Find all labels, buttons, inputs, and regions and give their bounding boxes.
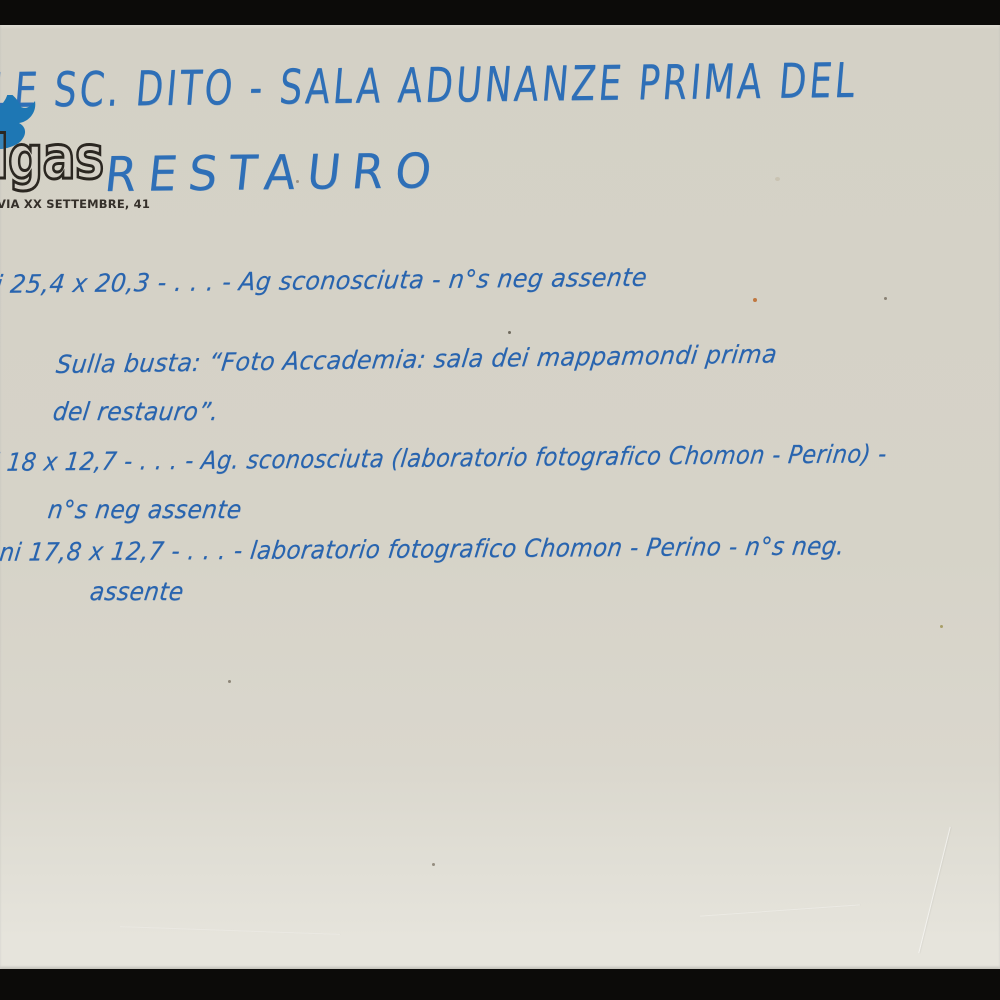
paper-speck bbox=[228, 680, 231, 683]
letterhead-address: VIA XX SETTEMBRE, 41 bbox=[0, 197, 150, 211]
note-line: n°s neg assente bbox=[46, 495, 243, 524]
paper-crease bbox=[120, 926, 340, 935]
paper-crease bbox=[700, 904, 860, 916]
note-line: del restauro”. bbox=[51, 397, 220, 426]
paper-speck bbox=[432, 863, 435, 866]
handwritten-title-line-2: RESTAURO bbox=[102, 143, 445, 203]
paper-speck bbox=[884, 297, 887, 300]
note-line: Sulla busta: “Foto Accademia: sala dei m… bbox=[55, 339, 779, 379]
note-line: ni 18 x 12,7 - . . . - Ag. sconosciuta (… bbox=[0, 439, 889, 477]
paper-speck bbox=[940, 625, 943, 628]
note-line: ni 25,4 x 20,3 - . . . - Ag sconosciuta … bbox=[0, 263, 649, 299]
handwritten-title-line-1: LE SC. DITO - SALA ADUNANZE PRIMA DEL bbox=[0, 53, 860, 119]
note-line: doni 17,8 x 12,7 - . . . - laboratorio f… bbox=[0, 531, 846, 567]
paper-speck bbox=[753, 298, 757, 302]
italgas-logo-text: lgas bbox=[0, 123, 103, 193]
note-line: assente bbox=[88, 577, 185, 606]
paper-crease bbox=[918, 827, 950, 953]
paper-speck bbox=[775, 177, 780, 181]
paper-speck bbox=[296, 180, 299, 183]
paper-speck bbox=[508, 331, 511, 334]
envelope-scan: LE SC. DITO - SALA ADUNANZE PRIMA DEL RE… bbox=[0, 25, 1000, 969]
